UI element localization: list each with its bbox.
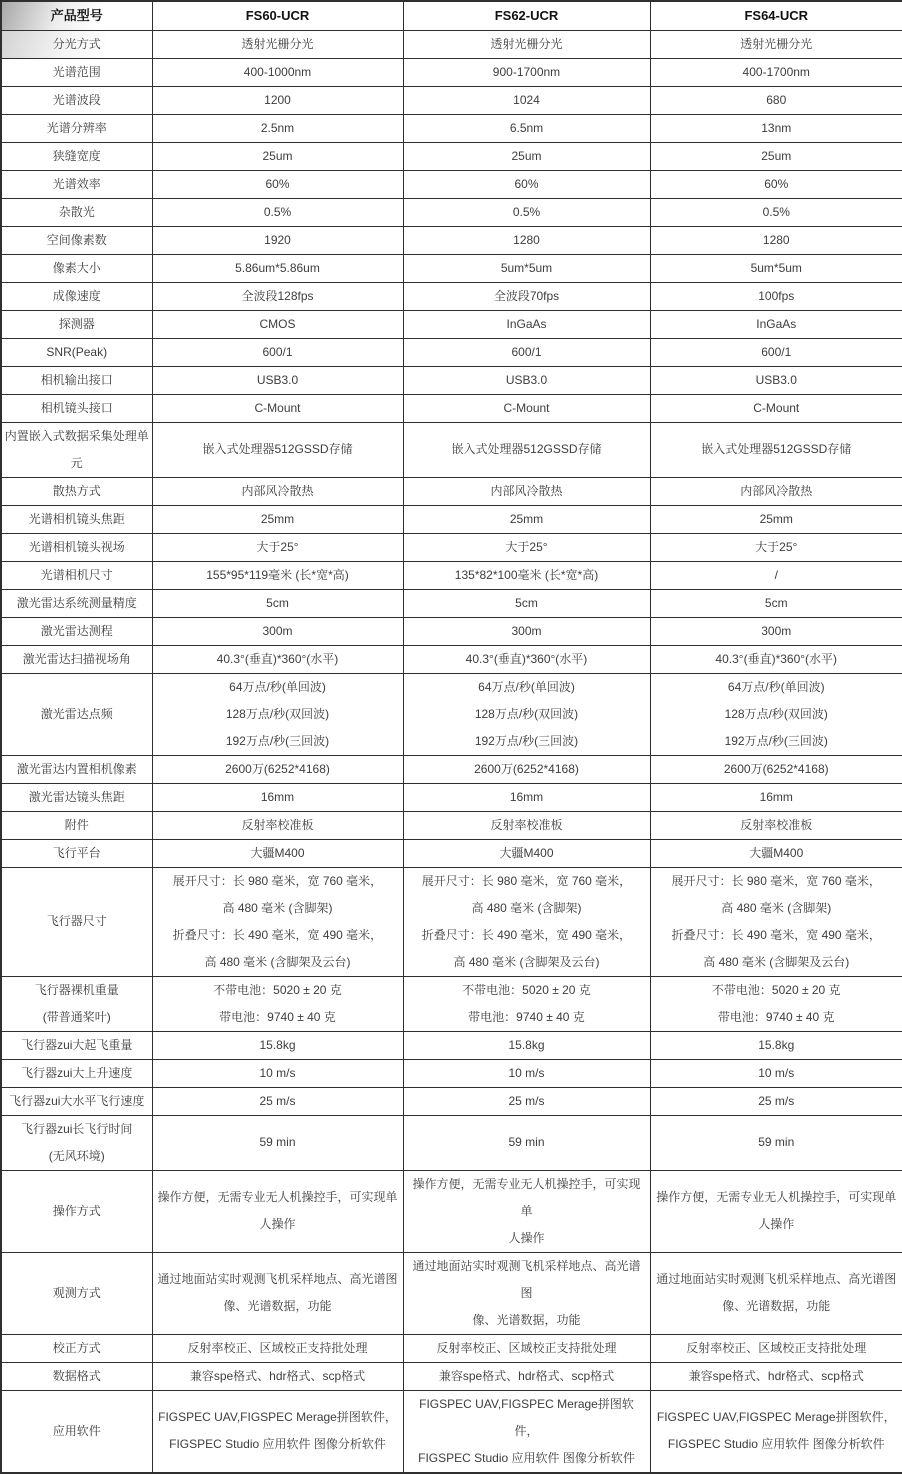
spec-cell: 展开尺寸：长 980 毫米，宽 760 毫米， 高 480 毫米 (含脚架) 折… bbox=[152, 867, 403, 976]
spec-cell: 5um*5um bbox=[650, 254, 902, 282]
spec-cell: 16mm bbox=[403, 783, 650, 811]
spec-cell: 全波段128fps bbox=[152, 282, 403, 310]
spec-cell: 大疆M400 bbox=[152, 839, 403, 867]
spec-row: 飞行器裸机重量 (带普通桨叶)不带电池：5020 ± 20 克 带电池：9740… bbox=[1, 976, 902, 1031]
spec-row-label: 附件 bbox=[1, 811, 152, 839]
spec-cell: 反射率校准板 bbox=[403, 811, 650, 839]
spec-row-label: 激光雷达内置相机像素 bbox=[1, 755, 152, 783]
spec-row-label: 飞行器zui大水平飞行速度 bbox=[1, 1087, 152, 1115]
spec-row: 狭缝宽度25um25um25um bbox=[1, 142, 902, 170]
spec-row: 激光雷达点频64万点/秒(单回波) 128万点/秒(双回波) 192万点/秒(三… bbox=[1, 673, 902, 755]
spec-cell: 反射率校正、区域校正支持批处理 bbox=[650, 1334, 902, 1362]
spec-row-label: 飞行平台 bbox=[1, 839, 152, 867]
spec-cell: 全波段70fps bbox=[403, 282, 650, 310]
spec-row: 散热方式内部风冷散热内部风冷散热内部风冷散热 bbox=[1, 477, 902, 505]
spec-row-label: 像素大小 bbox=[1, 254, 152, 282]
spec-cell: 1920 bbox=[152, 226, 403, 254]
spec-cell: 60% bbox=[650, 170, 902, 198]
spec-cell: 900-1700nm bbox=[403, 58, 650, 86]
spec-cell: 1280 bbox=[650, 226, 902, 254]
spec-cell: 5cm bbox=[403, 589, 650, 617]
spec-cell: 1200 bbox=[152, 86, 403, 114]
spec-cell: 不带电池：5020 ± 20 克 带电池：9740 ± 40 克 bbox=[403, 976, 650, 1031]
spec-row-label: 光谱效率 bbox=[1, 170, 152, 198]
header-product-fs64-ucr: FS64-UCR bbox=[650, 1, 902, 30]
spec-row: 飞行器zui长飞行时间 (无风环境)59 min59 min59 min bbox=[1, 1115, 902, 1170]
spec-cell: 59 min bbox=[403, 1115, 650, 1170]
spec-cell: FIGSPEC UAV,FIGSPEC Merage拼图软件， FIGSPEC … bbox=[403, 1390, 650, 1473]
spec-cell: 展开尺寸：长 980 毫米，宽 760 毫米， 高 480 毫米 (含脚架) 折… bbox=[650, 867, 902, 976]
spec-row-label: 数据格式 bbox=[1, 1362, 152, 1390]
spec-cell: 内部风冷散热 bbox=[650, 477, 902, 505]
spec-row: 杂散光0.5%0.5%0.5% bbox=[1, 198, 902, 226]
spec-row: 相机输出接口USB3.0USB3.0USB3.0 bbox=[1, 366, 902, 394]
spec-cell: 300m bbox=[403, 617, 650, 645]
spec-row: 飞行器zui大上升速度10 m/s10 m/s10 m/s bbox=[1, 1059, 902, 1087]
spec-cell: 155*95*119毫米 (长*宽*高) bbox=[152, 561, 403, 589]
spec-cell: FIGSPEC UAV,FIGSPEC Merage拼图软件， FIGSPEC … bbox=[152, 1390, 403, 1473]
spec-cell: 10 m/s bbox=[650, 1059, 902, 1087]
spec-cell: 0.5% bbox=[403, 198, 650, 226]
spec-row-label: 光谱范围 bbox=[1, 58, 152, 86]
spec-row: 成像速度全波段128fps全波段70fps100fps bbox=[1, 282, 902, 310]
spec-row: 探测器CMOSInGaAsInGaAs bbox=[1, 310, 902, 338]
spec-cell: 25mm bbox=[650, 505, 902, 533]
spec-cell: 60% bbox=[152, 170, 403, 198]
spec-cell: 内部风冷散热 bbox=[152, 477, 403, 505]
spec-cell: C-Mount bbox=[650, 394, 902, 422]
spec-table-body: 分光方式透射光栅分光透射光栅分光透射光栅分光光谱范围400-1000nm900-… bbox=[1, 30, 902, 1473]
spec-row-label: SNR(Peak) bbox=[1, 338, 152, 366]
spec-row: 校正方式反射率校正、区域校正支持批处理反射率校正、区域校正支持批处理反射率校正、… bbox=[1, 1334, 902, 1362]
spec-row: 内置嵌入式数据采集处理单 元嵌入式处理器512GSSD存储嵌入式处理器512GS… bbox=[1, 422, 902, 477]
spec-cell: 300m bbox=[152, 617, 403, 645]
spec-row: 操作方式操作方便，无需专业无人机操控手，可实现单 人操作操作方便，无需专业无人机… bbox=[1, 1170, 902, 1252]
spec-row: 激光雷达测程300m300m300m bbox=[1, 617, 902, 645]
spec-cell: 兼容spe格式、hdr格式、scp格式 bbox=[650, 1362, 902, 1390]
spec-cell: / bbox=[650, 561, 902, 589]
spec-cell: 大于25° bbox=[403, 533, 650, 561]
spec-row-label: 校正方式 bbox=[1, 1334, 152, 1362]
spec-cell: 嵌入式处理器512GSSD存储 bbox=[403, 422, 650, 477]
spec-row-label: 相机输出接口 bbox=[1, 366, 152, 394]
spec-cell: 5cm bbox=[650, 589, 902, 617]
spec-cell: CMOS bbox=[152, 310, 403, 338]
spec-row: 激光雷达系统测量精度5cm5cm5cm bbox=[1, 589, 902, 617]
spec-cell: 1024 bbox=[403, 86, 650, 114]
spec-row: 飞行器zui大起飞重量15.8kg15.8kg15.8kg bbox=[1, 1031, 902, 1059]
table-header-row: 产品型号 FS60-UCR FS62-UCR FS64-UCR bbox=[1, 1, 902, 30]
spec-cell: 展开尺寸：长 980 毫米，宽 760 毫米， 高 480 毫米 (含脚架) 折… bbox=[403, 867, 650, 976]
spec-cell: 嵌入式处理器512GSSD存储 bbox=[650, 422, 902, 477]
spec-row-label: 相机镜头接口 bbox=[1, 394, 152, 422]
spec-row-label: 分光方式 bbox=[1, 30, 152, 58]
spec-cell: 15.8kg bbox=[650, 1031, 902, 1059]
spec-cell: 64万点/秒(单回波) 128万点/秒(双回波) 192万点/秒(三回波) bbox=[152, 673, 403, 755]
spec-row: 空间像素数192012801280 bbox=[1, 226, 902, 254]
header-product-fs60-ucr: FS60-UCR bbox=[152, 1, 403, 30]
spec-cell: 13nm bbox=[650, 114, 902, 142]
spec-cell: 25 m/s bbox=[403, 1087, 650, 1115]
spec-row: SNR(Peak)600/1600/1600/1 bbox=[1, 338, 902, 366]
spec-row-label: 光谱相机镜头焦距 bbox=[1, 505, 152, 533]
spec-row: 光谱相机镜头视场大于25°大于25°大于25° bbox=[1, 533, 902, 561]
spec-cell: 25mm bbox=[403, 505, 650, 533]
spec-cell: 60% bbox=[403, 170, 650, 198]
spec-cell: 透射光栅分光 bbox=[403, 30, 650, 58]
spec-row-label: 激光雷达系统测量精度 bbox=[1, 589, 152, 617]
spec-row: 光谱波段12001024680 bbox=[1, 86, 902, 114]
spec-row-label: 成像速度 bbox=[1, 282, 152, 310]
spec-cell: 600/1 bbox=[152, 338, 403, 366]
spec-cell: C-Mount bbox=[403, 394, 650, 422]
spec-row: 激光雷达内置相机像素2600万(6252*4168)2600万(6252*416… bbox=[1, 755, 902, 783]
spec-cell: 大于25° bbox=[650, 533, 902, 561]
spec-cell: InGaAs bbox=[650, 310, 902, 338]
header-product-fs62-ucr: FS62-UCR bbox=[403, 1, 650, 30]
spec-row-label: 光谱波段 bbox=[1, 86, 152, 114]
spec-row-label: 操作方式 bbox=[1, 1170, 152, 1252]
spec-row-label: 空间像素数 bbox=[1, 226, 152, 254]
spec-cell: 600/1 bbox=[403, 338, 650, 366]
spec-row-label: 光谱分辨率 bbox=[1, 114, 152, 142]
spec-cell: USB3.0 bbox=[403, 366, 650, 394]
spec-row-label: 飞行器zui长飞行时间 (无风环境) bbox=[1, 1115, 152, 1170]
spec-cell: 25um bbox=[152, 142, 403, 170]
spec-row-label: 激光雷达扫描视场角 bbox=[1, 645, 152, 673]
spec-row-label: 激光雷达点频 bbox=[1, 673, 152, 755]
spec-cell: 0.5% bbox=[152, 198, 403, 226]
spec-row: 激光雷达扫描视场角40.3°(垂直)*360°(水平)40.3°(垂直)*360… bbox=[1, 645, 902, 673]
spec-row: 光谱相机尺寸155*95*119毫米 (长*宽*高)135*82*100毫米 (… bbox=[1, 561, 902, 589]
spec-row: 光谱相机镜头焦距25mm25mm25mm bbox=[1, 505, 902, 533]
spec-cell: 680 bbox=[650, 86, 902, 114]
spec-cell: InGaAs bbox=[403, 310, 650, 338]
spec-cell: 兼容spe格式、hdr格式、scp格式 bbox=[403, 1362, 650, 1390]
spec-row: 光谱范围400-1000nm900-1700nm400-1700nm bbox=[1, 58, 902, 86]
spec-cell: 操作方便，无需专业无人机操控手，可实现单 人操作 bbox=[403, 1170, 650, 1252]
spec-cell: 反射率校准板 bbox=[152, 811, 403, 839]
spec-cell: 15.8kg bbox=[403, 1031, 650, 1059]
spec-cell: 59 min bbox=[152, 1115, 403, 1170]
spec-cell: 透射光栅分光 bbox=[152, 30, 403, 58]
spec-cell: FIGSPEC UAV,FIGSPEC Merage拼图软件， FIGSPEC … bbox=[650, 1390, 902, 1473]
spec-cell: 大疆M400 bbox=[403, 839, 650, 867]
spec-cell: 25um bbox=[650, 142, 902, 170]
spec-row-label: 内置嵌入式数据采集处理单 元 bbox=[1, 422, 152, 477]
spec-row-label: 激光雷达测程 bbox=[1, 617, 152, 645]
spec-cell: 40.3°(垂直)*360°(水平) bbox=[403, 645, 650, 673]
spec-cell: 不带电池：5020 ± 20 克 带电池：9740 ± 40 克 bbox=[650, 976, 902, 1031]
spec-cell: 2600万(6252*4168) bbox=[650, 755, 902, 783]
spec-row: 飞行器尺寸展开尺寸：长 980 毫米，宽 760 毫米， 高 480 毫米 (含… bbox=[1, 867, 902, 976]
spec-row-label: 散热方式 bbox=[1, 477, 152, 505]
spec-cell: 600/1 bbox=[650, 338, 902, 366]
spec-cell: 1280 bbox=[403, 226, 650, 254]
spec-cell: 5um*5um bbox=[403, 254, 650, 282]
spec-cell: USB3.0 bbox=[152, 366, 403, 394]
spec-cell: 嵌入式处理器512GSSD存储 bbox=[152, 422, 403, 477]
spec-cell: 10 m/s bbox=[152, 1059, 403, 1087]
spec-cell: 16mm bbox=[650, 783, 902, 811]
spec-row: 相机镜头接口C-MountC-MountC-Mount bbox=[1, 394, 902, 422]
spec-row-label: 飞行器zui大上升速度 bbox=[1, 1059, 152, 1087]
spec-cell: 内部风冷散热 bbox=[403, 477, 650, 505]
spec-cell: 64万点/秒(单回波) 128万点/秒(双回波) 192万点/秒(三回波) bbox=[403, 673, 650, 755]
spec-row-label: 飞行器裸机重量 (带普通桨叶) bbox=[1, 976, 152, 1031]
spec-cell: 300m bbox=[650, 617, 902, 645]
spec-cell: 操作方便，无需专业无人机操控手，可实现单 人操作 bbox=[650, 1170, 902, 1252]
spec-cell: 15.8kg bbox=[152, 1031, 403, 1059]
spec-row-label: 光谱相机镜头视场 bbox=[1, 533, 152, 561]
spec-cell: 操作方便，无需专业无人机操控手，可实现单 人操作 bbox=[152, 1170, 403, 1252]
spec-cell: 25 m/s bbox=[152, 1087, 403, 1115]
spec-cell: 25mm bbox=[152, 505, 403, 533]
spec-cell: 400-1000nm bbox=[152, 58, 403, 86]
spec-row-label: 飞行器zui大起飞重量 bbox=[1, 1031, 152, 1059]
spec-cell: 透射光栅分光 bbox=[650, 30, 902, 58]
header-label-product-model: 产品型号 bbox=[1, 1, 152, 30]
spec-cell: 25um bbox=[403, 142, 650, 170]
spec-row-label: 激光雷达镜头焦距 bbox=[1, 783, 152, 811]
spec-cell: 反射率校准板 bbox=[650, 811, 902, 839]
spec-row: 飞行平台大疆M400大疆M400大疆M400 bbox=[1, 839, 902, 867]
spec-cell: 兼容spe格式、hdr格式、scp格式 bbox=[152, 1362, 403, 1390]
spec-cell: 135*82*100毫米 (长*宽*高) bbox=[403, 561, 650, 589]
spec-cell: 59 min bbox=[650, 1115, 902, 1170]
spec-row-label: 狭缝宽度 bbox=[1, 142, 152, 170]
spec-cell: 大于25° bbox=[152, 533, 403, 561]
spec-row: 光谱分辨率2.5nm6.5nm13nm bbox=[1, 114, 902, 142]
spec-table-header: 产品型号 FS60-UCR FS62-UCR FS64-UCR bbox=[1, 1, 902, 30]
spec-cell: 2600万(6252*4168) bbox=[403, 755, 650, 783]
spec-row-label: 杂散光 bbox=[1, 198, 152, 226]
spec-cell: 反射率校正、区域校正支持批处理 bbox=[403, 1334, 650, 1362]
spec-cell: 反射率校正、区域校正支持批处理 bbox=[152, 1334, 403, 1362]
spec-row: 激光雷达镜头焦距16mm16mm16mm bbox=[1, 783, 902, 811]
product-spec-table: 产品型号 FS60-UCR FS62-UCR FS64-UCR 分光方式透射光栅… bbox=[0, 0, 902, 1474]
spec-cell: 25 m/s bbox=[650, 1087, 902, 1115]
spec-cell: 40.3°(垂直)*360°(水平) bbox=[650, 645, 902, 673]
spec-cell: 10 m/s bbox=[403, 1059, 650, 1087]
spec-cell: 5.86um*5.86um bbox=[152, 254, 403, 282]
spec-row-label: 光谱相机尺寸 bbox=[1, 561, 152, 589]
spec-cell: 64万点/秒(单回波) 128万点/秒(双回波) 192万点/秒(三回波) bbox=[650, 673, 902, 755]
spec-row: 附件反射率校准板反射率校准板反射率校准板 bbox=[1, 811, 902, 839]
spec-cell: 16mm bbox=[152, 783, 403, 811]
spec-cell: 2.5nm bbox=[152, 114, 403, 142]
spec-row-label: 观测方式 bbox=[1, 1252, 152, 1334]
spec-cell: 5cm bbox=[152, 589, 403, 617]
spec-cell: 通过地面站实时观测飞机采样地点、高光谱图 像、光谱数据，功能 bbox=[650, 1252, 902, 1334]
spec-row: 观测方式通过地面站实时观测飞机采样地点、高光谱图 像、光谱数据，功能通过地面站实… bbox=[1, 1252, 902, 1334]
spec-row-label: 飞行器尺寸 bbox=[1, 867, 152, 976]
spec-row: 分光方式透射光栅分光透射光栅分光透射光栅分光 bbox=[1, 30, 902, 58]
spec-cell: 0.5% bbox=[650, 198, 902, 226]
spec-cell: 400-1700nm bbox=[650, 58, 902, 86]
spec-cell: 大疆M400 bbox=[650, 839, 902, 867]
spec-cell: 100fps bbox=[650, 282, 902, 310]
spec-cell: 6.5nm bbox=[403, 114, 650, 142]
spec-cell: 通过地面站实时观测飞机采样地点、高光谱图 像、光谱数据，功能 bbox=[403, 1252, 650, 1334]
spec-cell: USB3.0 bbox=[650, 366, 902, 394]
spec-row: 像素大小5.86um*5.86um5um*5um5um*5um bbox=[1, 254, 902, 282]
spec-cell: 40.3°(垂直)*360°(水平) bbox=[152, 645, 403, 673]
spec-cell: 不带电池：5020 ± 20 克 带电池：9740 ± 40 克 bbox=[152, 976, 403, 1031]
spec-row: 应用软件FIGSPEC UAV,FIGSPEC Merage拼图软件， FIGS… bbox=[1, 1390, 902, 1473]
spec-row-label: 应用软件 bbox=[1, 1390, 152, 1473]
spec-row: 飞行器zui大水平飞行速度25 m/s25 m/s25 m/s bbox=[1, 1087, 902, 1115]
spec-cell: C-Mount bbox=[152, 394, 403, 422]
spec-cell: 2600万(6252*4168) bbox=[152, 755, 403, 783]
spec-row: 数据格式兼容spe格式、hdr格式、scp格式兼容spe格式、hdr格式、scp… bbox=[1, 1362, 902, 1390]
spec-row: 光谱效率60%60%60% bbox=[1, 170, 902, 198]
spec-cell: 通过地面站实时观测飞机采样地点、高光谱图 像、光谱数据，功能 bbox=[152, 1252, 403, 1334]
spec-row-label: 探测器 bbox=[1, 310, 152, 338]
